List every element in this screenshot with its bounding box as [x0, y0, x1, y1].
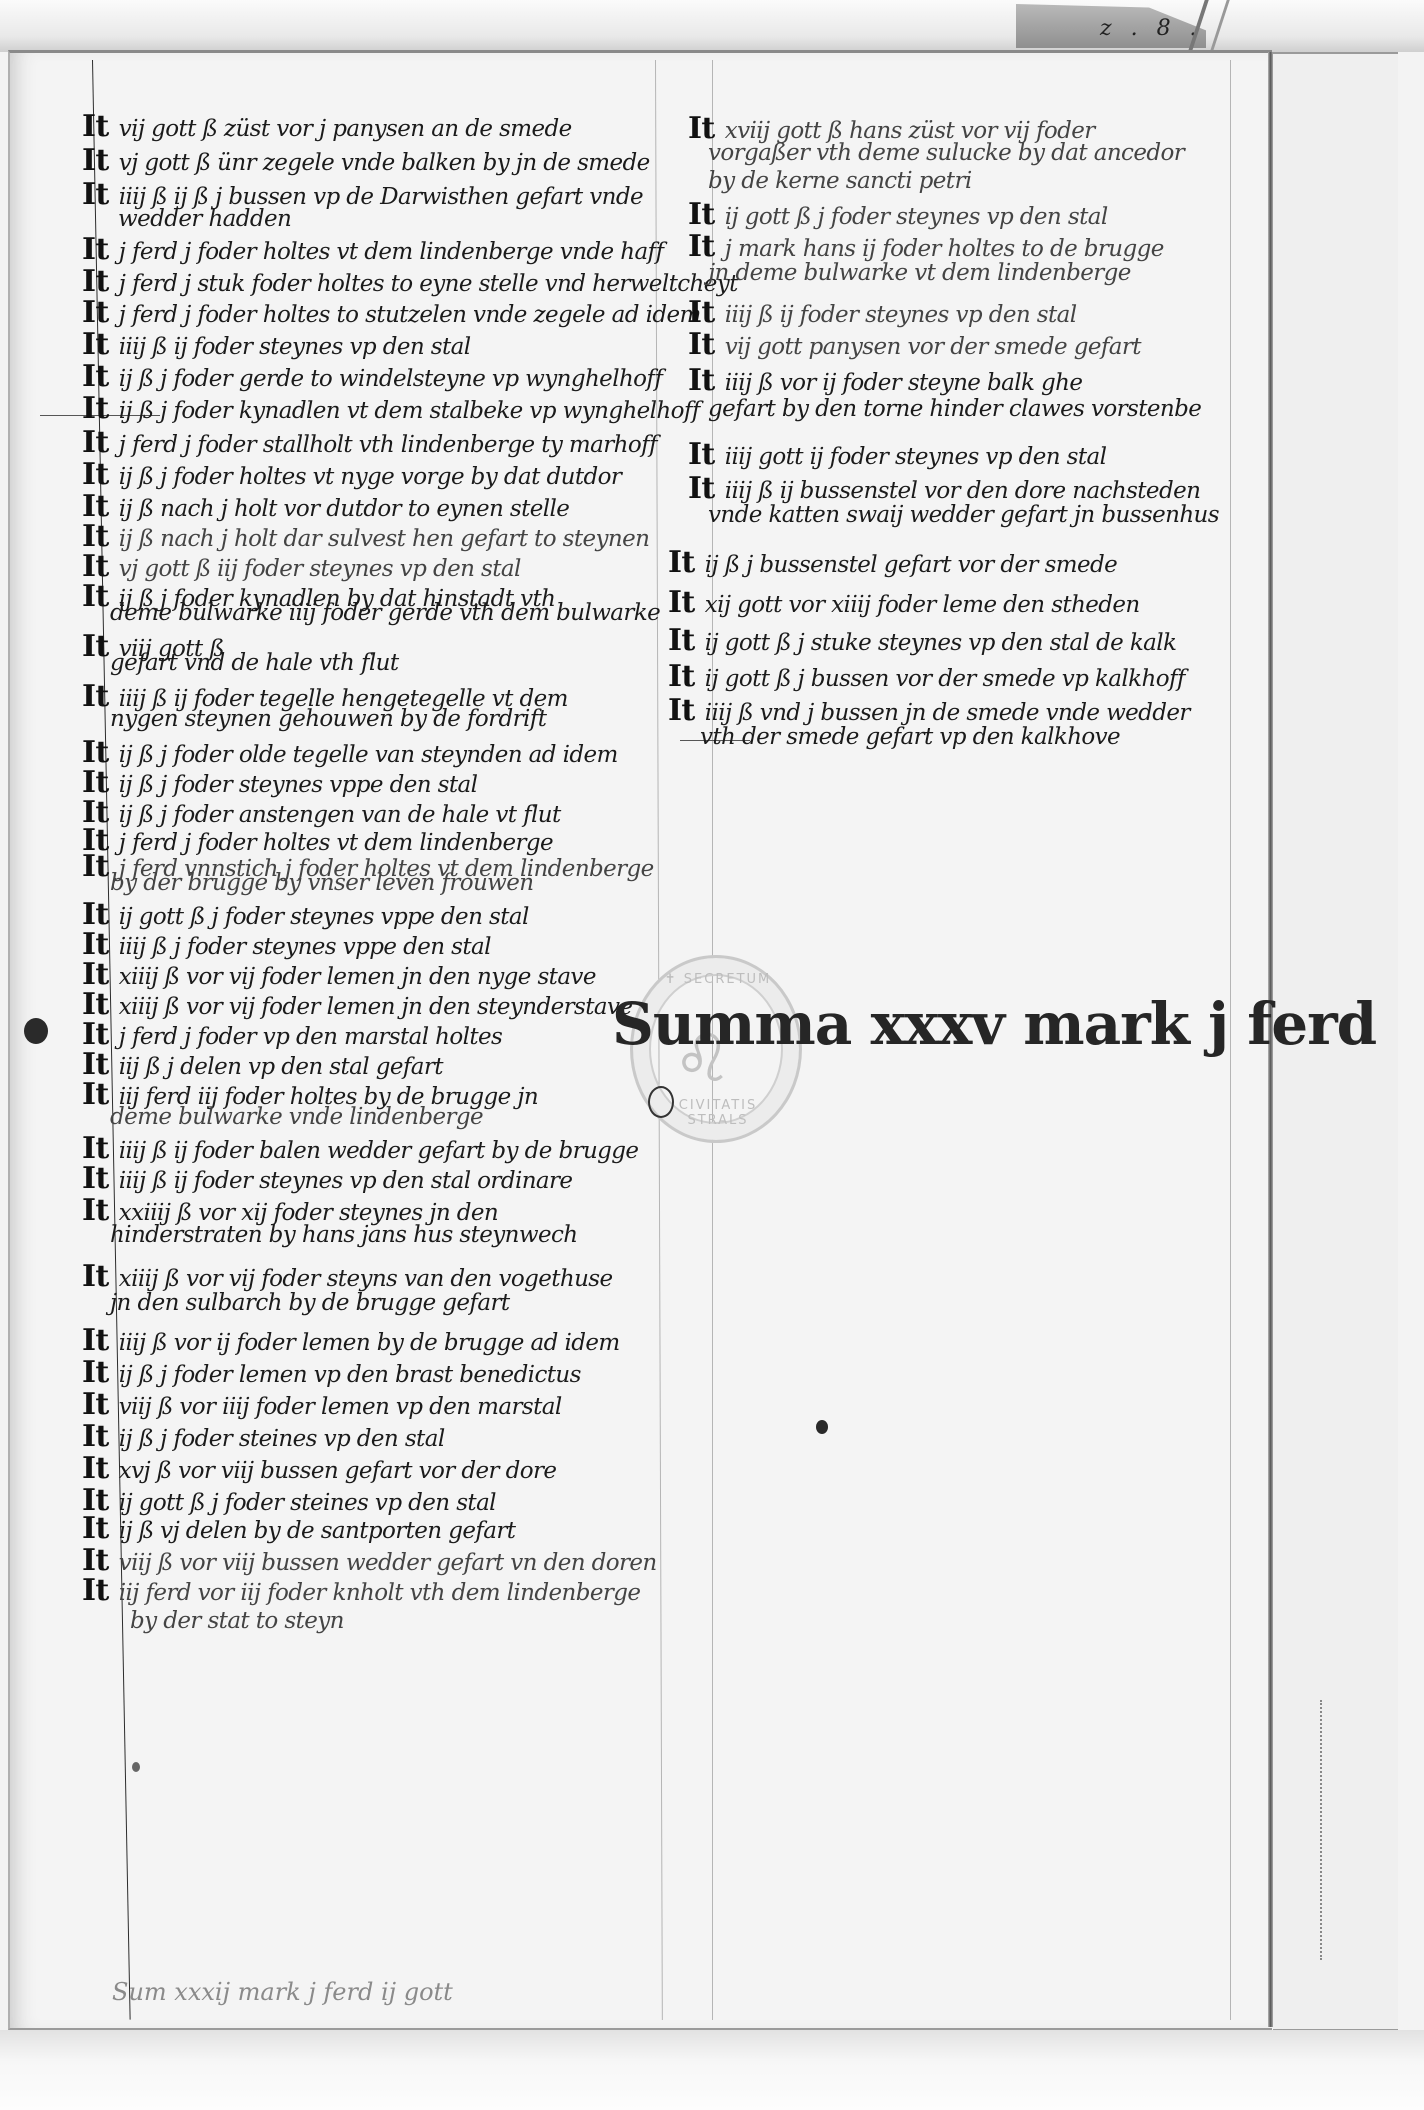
item-mark: It [82, 327, 109, 362]
ledger-entry: Itviij ß vor viij bussen wedder gefart v… [82, 1546, 657, 1576]
entry-text: ij ß j foder anstengen van de hale vt fl… [119, 802, 561, 828]
ledger-entry: Itiiij ß vnd j bussen jn de smede vnde w… [668, 696, 1190, 726]
ledger-entry-continuation: vth der smede gefart vp den kalkhove [700, 726, 1120, 749]
item-mark: It [82, 629, 109, 664]
item-mark: It [82, 849, 109, 884]
ledger-entry: Itiiij ß ij foder balen wedder gefart by… [82, 1134, 638, 1164]
ledger-entry-continuation: hinderstraten by hans jans hus steynwech [110, 1224, 578, 1247]
ledger-entry: Itxvj ß vor viij bussen gefart vor der d… [82, 1454, 556, 1484]
item-mark: It [82, 457, 109, 492]
ledger-entry: Itj mark hans ij foder holtes to de brug… [688, 232, 1164, 262]
entry-text: viij ß vor viij bussen wedder gefart vn … [119, 1550, 657, 1576]
entry-text: iiij ß ij bussenstel vor den dore nachst… [725, 478, 1201, 504]
entry-text: ij ß j foder steynes vppe den stal [119, 772, 478, 798]
ledger-entry-continuation: wedder hadden [118, 208, 291, 231]
entry-text: iiij gott ij foder steynes vp den stal [725, 444, 1107, 470]
entry-text: j ferd j foder holtes to stutzelen vnde … [119, 302, 701, 328]
entry-text: ij ß j foder steines vp den stal [119, 1426, 445, 1452]
entry-text: iiij ß ij foder steynes vp den stal ordi… [119, 1168, 573, 1194]
entry-text: ij ß j foder holtes vt nyge vorge by dat… [119, 464, 622, 490]
pen-flourish [648, 1086, 674, 1118]
entry-text: j ferd j foder vp den marstal holtes [119, 1024, 503, 1050]
item-mark: It [688, 471, 715, 506]
entry-text: xij gott vor xiiij foder leme den sthede… [705, 592, 1140, 618]
ledger-entry: Itiiij ß vor ij foder lemen by de brugge… [82, 1326, 620, 1356]
item-mark: It [82, 1355, 109, 1390]
ledger-entry-continuation: jn deme bulwarke vt dem lindenberge [708, 262, 1131, 285]
item-mark: It [82, 1259, 109, 1294]
entry-text: iiij ß vor ij foder lemen by de brugge a… [119, 1330, 620, 1356]
item-mark: It [82, 1077, 109, 1112]
ledger-entry: Itj ferd j foder holtes to stutzelen vnd… [82, 298, 701, 328]
ledger-entry: Itiiij ß ij foder steynes vp den stal [688, 298, 1076, 328]
ledger-entry: Itj ferd j foder stallholt vth lindenber… [82, 428, 657, 458]
item-mark: It [688, 229, 715, 264]
entry-text: xvj ß vor viij bussen gefart vor der dor… [119, 1458, 557, 1484]
ledger-entry: Itij ß j foder steynes vppe den stal [82, 768, 477, 798]
entry-text: iiij ß vnd j bussen jn de smede vnde wed… [705, 700, 1190, 726]
entry-text: ij ß j foder gerde to windelsteyne vp wy… [119, 366, 663, 392]
entry-text: vj gott ß ünr zegele vnde balken by jn d… [119, 150, 650, 176]
entry-text: xiiij ß vor vij foder lemen jn den steyn… [119, 994, 633, 1020]
item-mark: It [82, 1323, 109, 1358]
entry-text: ij gott ß j bussen vor der smede vp kalk… [705, 666, 1185, 692]
entry-text: viij ß vor iiij foder lemen vp den marst… [119, 1394, 562, 1420]
entry-text: by der stat to steyn [130, 1608, 344, 1634]
item-mark: It [82, 1193, 109, 1228]
ledger-entry: Itij ß j foder steines vp den stal [82, 1422, 445, 1452]
entry-text: vij gott ß züst vor j panysen an de smed… [119, 116, 572, 142]
ledger-entry-continuation: jn den sulbarch by de brugge gefart [110, 1292, 510, 1315]
ledger-entry: Itij ß vj delen by de santporten gefart [82, 1514, 515, 1544]
item-mark: It [688, 327, 715, 362]
item-mark: It [82, 679, 109, 714]
item-mark: It [668, 659, 695, 694]
item-mark: It [668, 623, 695, 658]
ledger-entry: Itij ß nach j holt dar sulvest hen gefar… [82, 522, 649, 552]
item-mark: It [82, 1573, 109, 1608]
entry-text: ij gott ß j foder steynes vp den stal [725, 204, 1108, 230]
entry-text: jn den sulbarch by de brugge gefart [110, 1290, 510, 1316]
entry-text: deme bulwarke iiij foder gerde vth dem b… [110, 600, 660, 626]
ledger-entry: Itiij ß j delen vp den stal gefart [82, 1050, 443, 1080]
entry-text: deme bulwarke vnde lindenberge [110, 1104, 483, 1130]
ledger-entry-continuation: deme bulwarke vnde lindenberge [110, 1106, 483, 1129]
ledger-entry: Itxiiij ß vor vij foder steyns van den v… [82, 1262, 613, 1292]
entry-text: iij ß j delen vp den stal gefart [119, 1054, 443, 1080]
entry-text: j ferd j foder holtes vt dem lindenberge… [119, 239, 664, 265]
ledger-entry-continuation: vnde katten swaij wedder gefart jn busse… [708, 504, 1219, 527]
binding-stitch [1320, 1700, 1324, 1960]
ledger-entry-continuation: gefart vnd de hale vth flut [110, 652, 398, 675]
item-mark: It [668, 693, 695, 728]
entry-text: jn deme bulwarke vt dem lindenberge [708, 260, 1131, 286]
item-mark: It [82, 295, 109, 330]
entry-text: iiij ß j foder steynes vppe den stal [119, 934, 491, 960]
entry-text: ij gott ß j foder steynes vppe den stal [119, 904, 529, 930]
item-mark: It [82, 1511, 109, 1546]
ledger-entry: Itvj gott ß iij foder steynes vp den sta… [82, 552, 521, 582]
entry-text: xiiij ß vor vij foder steyns van den vog… [119, 1266, 613, 1292]
ledger-entry: Itxij gott vor xiiij foder leme den sthe… [668, 588, 1140, 618]
footer-sum-note: Sum xxxij mark j ferd ij gott [112, 1978, 453, 2006]
entry-text: ij gott ß j stuke steynes vp den stal de… [705, 630, 1177, 656]
item-mark: It [82, 1419, 109, 1454]
item-mark: It [688, 295, 715, 330]
entry-text: vnde katten swaij wedder gefart jn busse… [708, 502, 1219, 528]
entry-text: xiiij ß vor vij foder lemen jn den nyge … [119, 964, 596, 990]
entry-text: vorgaßer vth deme sulucke by dat ancedor [708, 140, 1184, 166]
entry-text: iiij ß vor ij foder steyne balk ghe [725, 370, 1083, 396]
entry-text: ij ß vj delen by de santporten gefart [119, 1518, 516, 1544]
ledger-entry: Itij gott ß j foder steynes vppe den sta… [82, 900, 529, 930]
item-mark: It [82, 264, 109, 299]
entry-text: iiij ß ij foder steynes vp den stal [119, 334, 471, 360]
ledger-entry: Itviij ß vor iiij foder lemen vp den mar… [82, 1390, 562, 1420]
ledger-entry: Itvij gott ß züst vor j panysen an de sm… [82, 112, 572, 142]
folio-number: z . 8 . [1100, 16, 1203, 41]
item-mark: It [82, 391, 109, 426]
ledger-entry: Itij ß j foder anstengen van de hale vt … [82, 798, 561, 828]
entry-text: j mark hans ij foder holtes to de brugge [725, 236, 1164, 262]
ledger-entry: Itij ß j foder holtes vt nyge vorge by d… [82, 460, 621, 490]
item-mark: It [82, 1451, 109, 1486]
entry-text: vth der smede gefart vp den kalkhove [700, 724, 1120, 750]
item-mark: It [688, 437, 715, 472]
item-mark: It [82, 232, 109, 267]
ledger-entry: Itij gott ß j foder steynes vp den stal [688, 200, 1108, 230]
ledger-entry: Itvj gott ß ünr zegele vnde balken by jn… [82, 146, 650, 176]
item-mark: It [688, 197, 715, 232]
ledger-entry-continuation: deme bulwarke iiij foder gerde vth dem b… [110, 602, 660, 625]
ledger-entry: Itiiij gott ij foder steynes vp den stal [688, 440, 1106, 470]
ledger-entry: Itij ß nach j holt vor dutdor to eynen s… [82, 492, 569, 522]
entry-text: nygen steynen gehouwen by de fordrift [110, 706, 546, 732]
ledger-entry-continuation: by der brugge by vnser leven frouwen [110, 872, 534, 895]
entry-text: j ferd j foder stallholt vth lindenberge… [119, 432, 657, 458]
ledger-entry-continuation: vorgaßer vth deme sulucke by dat ancedor [708, 142, 1184, 165]
ledger-entry: Itij ß j foder gerde to windelsteyne vp … [82, 362, 662, 392]
entry-text: iiij ß ij foder balen wedder gefart by d… [119, 1138, 639, 1164]
ledger-entry: Itiiij ß vor ij foder steyne balk ghe [688, 366, 1082, 396]
ledger-entry: Itij gott ß j stuke steynes vp den stal … [668, 626, 1176, 656]
ink-blot [132, 1762, 140, 1772]
ledger-entry: Itxiiij ß vor vij foder lemen jn den nyg… [82, 960, 596, 990]
ledger-entry: Itij gott ß j bussen vor der smede vp ka… [668, 662, 1185, 692]
entry-text: ij ß j bussenstel gefart vor der smede [705, 552, 1117, 578]
entry-text: by der brugge by vnser leven frouwen [110, 870, 534, 896]
item-mark: It [82, 579, 109, 614]
ledger-entry: Itij ß j foder olde tegelle van steynden… [82, 738, 618, 768]
entry-text: ij gott ß j foder steines vp den stal [119, 1490, 496, 1516]
entry-text: ij ß j foder kynadlen vt dem stalbeke vp… [119, 398, 700, 424]
entry-text: vj gott ß iij foder steynes vp den stal [119, 556, 521, 582]
ledger-entry: Itvij gott panysen vor der smede gefart [688, 330, 1141, 360]
entry-text: gefart by den torne hinder clawes vorste… [708, 396, 1201, 422]
item-mark: It [82, 143, 109, 178]
ledger-entry: Itxiiij ß vor vij foder lemen jn den ste… [82, 990, 632, 1020]
scan-backdrop-bottom [0, 2030, 1424, 2110]
item-mark: It [688, 363, 715, 398]
ledger-entry: Itj ferd j foder vp den marstal holtes [82, 1020, 502, 1050]
entry-text: ij ß nach j holt vor dutdor to eynen ste… [119, 496, 570, 522]
ledger-entry: Itiiij ß j foder steynes vppe den stal [82, 930, 491, 960]
ledger-entry: Itij gott ß j foder steines vp den stal [82, 1486, 496, 1516]
entry-text: by de kerne sancti petri [708, 168, 972, 194]
ledger-entry: Itij ß j bussenstel gefart vor der smede [668, 548, 1117, 578]
ledger-entry-continuation: by de kerne sancti petri [708, 170, 972, 193]
entry-text: vij gott panysen vor der smede gefart [725, 334, 1141, 360]
item-mark: It [82, 425, 109, 460]
ledger-entry: Itiij ferd vor iij foder knholt vth dem … [82, 1576, 640, 1606]
seal-legend-top: ✝ SECRETUM [663, 972, 773, 987]
ledger-entry: Itij ß j foder lemen vp den brast benedi… [82, 1358, 581, 1388]
ledger-entry: Itj ferd j stuk foder holtes to eyne ste… [82, 267, 738, 297]
ledger-entry: Itj ferd j foder holtes vt dem lindenber… [82, 235, 663, 265]
item-mark: It [82, 359, 109, 394]
ledger-entry: Itiiij ß ij bussenstel vor den dore nach… [688, 474, 1200, 504]
summa-total: Summa xxxv mark j ferd [612, 990, 1376, 1058]
ledger-entry: Itiiij ß ij foder steynes vp den stal [82, 330, 470, 360]
entry-text: ij ß j foder olde tegelle van steynden a… [119, 742, 618, 768]
entry-text: iiij ß ij foder steynes vp den stal [725, 302, 1077, 328]
entry-text: ij ß nach j holt dar sulvest hen gefart … [119, 526, 650, 552]
entry-text: ij ß j foder lemen vp den brast benedict… [119, 1362, 581, 1388]
entry-text: wedder hadden [118, 206, 291, 232]
item-mark: It [668, 545, 695, 580]
item-mark: It [82, 177, 109, 212]
item-mark: It [82, 1387, 109, 1422]
entry-text: hinderstraten by hans jans hus steynwech [110, 1222, 578, 1248]
seal-legend-bottom: CIVITATIS STRALS [663, 1098, 773, 1128]
ledger-entry-continuation: nygen steynen gehouwen by de fordrift [110, 708, 546, 731]
ledger-entry: Itij ß j foder kynadlen vt dem stalbeke … [82, 394, 700, 424]
item-mark: It [82, 1161, 109, 1196]
entry-text: gefart vnd de hale vth flut [110, 650, 398, 676]
ink-blot [816, 1420, 828, 1434]
ledger-entry: Itiiij ß ij foder steynes vp den stal or… [82, 1164, 572, 1194]
ledger-entry-continuation: gefart by den torne hinder clawes vorste… [708, 398, 1201, 421]
entry-text: j ferd j stuk foder holtes to eyne stell… [119, 271, 738, 297]
ink-blot [24, 1018, 48, 1044]
ledger-entry-continuation: by der stat to steyn [130, 1610, 344, 1633]
item-mark: It [82, 109, 109, 144]
item-mark: It [668, 585, 695, 620]
entry-text: iij ferd vor iij foder knholt vth dem li… [119, 1580, 641, 1606]
